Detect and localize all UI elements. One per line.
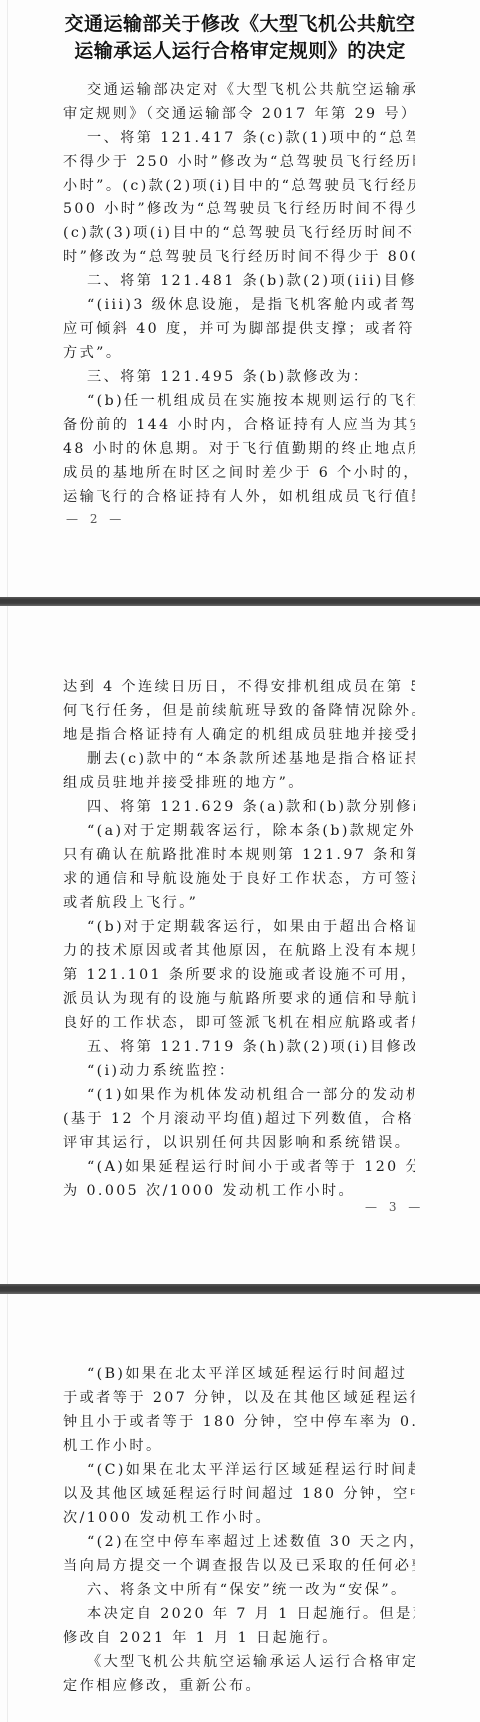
text-line: (c)款(3)项(i)目中的“总驾驶员飞行经历时间不得少于 500 小 xyxy=(63,221,415,245)
text-line: 或者航段上飞行。” xyxy=(63,891,415,915)
text-line: 地是指合格证持有人确定的机组成员驻地并接受排班的地方。” xyxy=(63,723,415,747)
text-line: 本决定自 2020 年 7 月 1 日起施行。但是对第 121.417 条的 xyxy=(87,1602,415,1626)
text-line: “(i)动力系统监控： xyxy=(87,1059,415,1083)
text-line: 运输飞行的合格证持有人外，如机组成员飞行值勤期和主备份已 xyxy=(63,485,415,509)
page-number: — 2 — xyxy=(66,511,125,527)
text-line: 一、将第 121.417 条(c)款(1)项中的“总驾驶员飞行经历时间 xyxy=(87,126,415,150)
page-divider xyxy=(0,1284,480,1294)
text-line: 派员认为现有的设施与航路所要求的通信和导航设施等同并处于 xyxy=(63,987,415,1011)
page-number: — 3 — xyxy=(365,1199,424,1215)
text-line: 五、将第 121.719 条(h)款(2)项(i)目修改为： xyxy=(87,1035,415,1059)
text-line: 48 小时的休息期。对于飞行值勤期的终止地点所在时区与机组 xyxy=(63,437,415,461)
text-line: 交通运输部决定对《大型飞机公共航空运输承运人运行合格 xyxy=(87,78,415,102)
text-line: 何飞行任务，但是前续航班导致的备降情况除外。本条款所述基 xyxy=(63,699,415,723)
text-line: “(1)如果作为机体发动机组合一部分的发动机的空中停车率 xyxy=(87,1083,415,1107)
text-line: 三、将第 121.495 条(b)款修改为： xyxy=(87,365,415,389)
text-line: 良好的工作状态，即可签派飞机在相应航路或者航段上飞行。” xyxy=(63,1011,415,1035)
text-line: 二、将第 121.481 条(b)款(2)项(iii)目修改为： xyxy=(87,269,415,293)
text-line: 力的技术原因或者其他原因，在航路上没有本规则第 121.97 条和 xyxy=(63,939,415,963)
text-line: 修改自 2021 年 1 月 1 日起施行。 xyxy=(63,1626,415,1650)
text-line: “(C)如果在北太平洋运行区域延程运行时间超过 207 分钟， xyxy=(87,1458,415,1482)
text-line: 达到 4 个连续日历日，不得安排机组成员在第 5 个日历日执行任 xyxy=(63,675,415,699)
text-line: 不得少于 250 小时”修改为“总驾驶员飞行经历时间不得少于 500 xyxy=(63,150,415,174)
text-line: “(2)在空中停车率超过上述数值 30 天之内，合格证持有人应 xyxy=(87,1530,415,1554)
text-line: 《大型飞机公共航空运输承运人运行合格审定规则》根据本决 xyxy=(87,1650,415,1674)
text-line: 为 0.005 次/1000 发动机工作小时。 xyxy=(63,1179,415,1203)
page-divider xyxy=(0,597,480,606)
text-line: “(iii)3 级休息设施，是指飞机客舱内或者驾驶舱内的座位， xyxy=(87,293,415,317)
text-line: 删去(c)款中的“本条款所述基地是指合格证持有人确定的机 xyxy=(87,747,415,771)
text-line: 定作相应修改，重新公布。 xyxy=(63,1674,415,1698)
text-line: 小时”。(c)款(2)项(i)目中的“总驾驶员飞行经历时间不得少于 xyxy=(63,174,415,198)
text-line: 方式”。 xyxy=(63,341,415,365)
text-line: 500 小时”修改为“总驾驶员飞行经历时间不得少于 800 小时”。 xyxy=(63,197,415,221)
document-page: “(B)如果在北太平洋区域延程运行时间超过 120 分钟且小 于或者等于 207… xyxy=(0,1294,480,1722)
text-line: 组成员驻地并接受排班的地方”。 xyxy=(63,771,415,795)
text-line: 机工作小时。 xyxy=(63,1434,415,1458)
document-viewer[interactable]: 交通运输部关于修改《大型飞机公共航空 运输承运人运行合格审定规则》的决定 交通运… xyxy=(0,0,480,1722)
text-line: 六、将条文中所有“保安”统一改为“安保”。 xyxy=(87,1578,415,1602)
text-line: “(a)对于定期载客运行，除本条(b)款规定外，在每次飞行前， xyxy=(87,819,415,843)
document-page: 达到 4 个连续日历日，不得安排机组成员在第 5 个日历日执行任 何飞行任务，但… xyxy=(0,606,480,1284)
text-line: 第 121.101 条所要求的设施或者设施不可用，只要机长和飞行签 xyxy=(63,963,415,987)
text-line: “(B)如果在北太平洋区域延程运行时间超过 120 分钟且小 xyxy=(87,1362,415,1386)
text-line: 求的通信和导航设施处于良好工作状态，方可签派飞机在该航路 xyxy=(63,867,415,891)
text-line: 钟且小于或者等于 180 分钟，空中停车率为 0.003 次/1000 发动 xyxy=(63,1410,415,1434)
text-line: 次/1000 发动机工作小时。 xyxy=(63,1506,415,1530)
text-line: 备份前的 144 小时内，合格证持有人应当为其安排一个至少连续 xyxy=(63,413,415,437)
text-line: (基于 12 个月滚动平均值)超过下列数值，合格证持有人应当综合 xyxy=(63,1107,415,1131)
text-line: 只有确认在航路批准时本规则第 121.97 条和第 121.101 条所要 xyxy=(63,843,415,867)
document-title-line: 交通运输部关于修改《大型飞机公共航空 xyxy=(0,11,480,37)
text-line: 以及其他区域延程运行时间超过 180 分钟，空中停车率为 0.002 xyxy=(63,1482,415,1506)
text-line: “(b)对于定期载客运行，如果由于超出合格证持有人控制能 xyxy=(87,915,415,939)
document-page: 交通运输部关于修改《大型飞机公共航空 运输承运人运行合格审定规则》的决定 交通运… xyxy=(0,0,480,597)
document-title-line: 运输承运人运行合格审定规则》的决定 xyxy=(0,38,480,64)
text-line: “(b)任一机组成员在实施按本规则运行的飞行任务或者主 xyxy=(87,389,415,413)
text-line: “(A)如果延程运行时间小于或者等于 120 分钟，空中停车率 xyxy=(87,1155,415,1179)
text-line: 审定规则》（交通运输部令 2017 年第 29 号）作如下修改： xyxy=(63,102,415,126)
text-line: 评审其运行，以识别任何共因影响和系统错误。 xyxy=(63,1131,415,1155)
text-line: 成员的基地所在时区之间时差少于 6 个小时的，除仅实施全货物 xyxy=(63,461,415,485)
text-line: 四、将第 121.629 条(a)款和(b)款分别修改为： xyxy=(87,795,415,819)
text-line: 当向局方提交一个调查报告以及已采取的任何必要的纠正措施。” xyxy=(63,1554,415,1578)
text-line: 于或者等于 207 分钟，以及在其他区域延程运行时间超过 120 分 xyxy=(63,1386,415,1410)
text-line: 时”修改为“总驾驶员飞行经历时间不得少于 800 小时”。 xyxy=(63,245,415,269)
text-line: 应可倾斜 40 度，并可为脚部提供支撑；或者符合局方要求的其他 xyxy=(63,317,415,341)
